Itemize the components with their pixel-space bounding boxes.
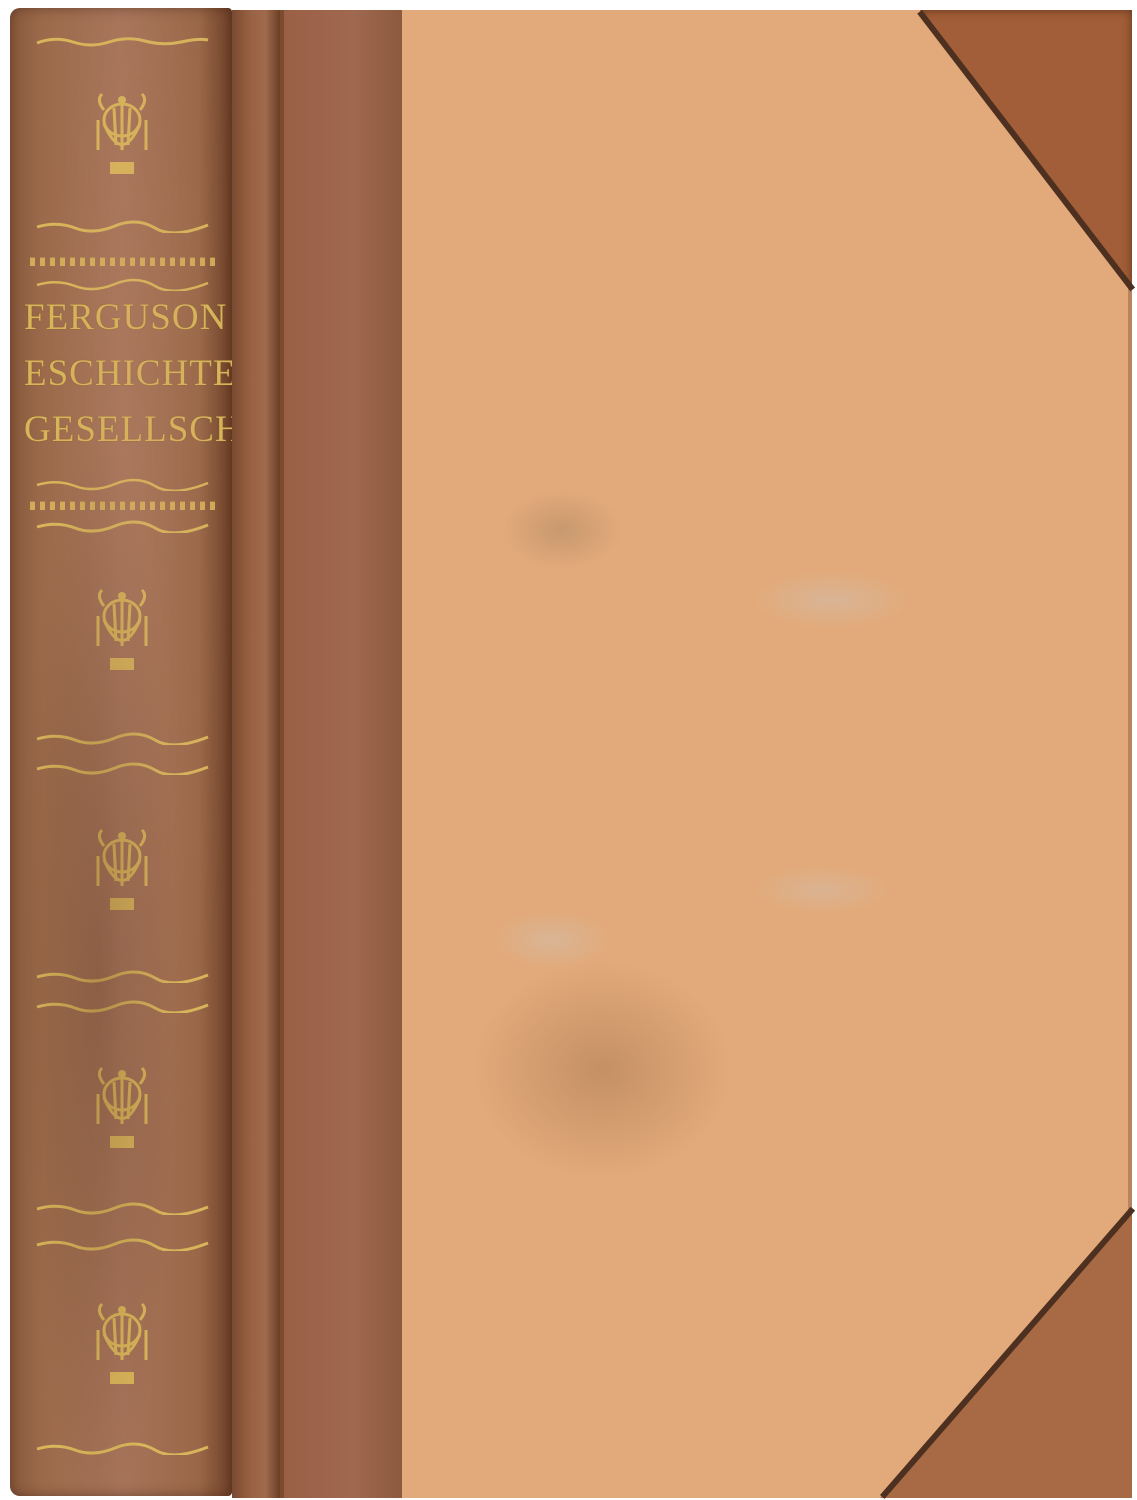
gilt-urn-icon: [88, 586, 156, 678]
gilt-fillet-icon: [35, 1200, 210, 1214]
gilt-urn-icon: [88, 1064, 156, 1156]
gilt-fillet-icon: [35, 968, 210, 982]
spine-title-line-3: GESELLSCH: [24, 402, 240, 458]
gilt-urn-icon: [88, 1300, 156, 1392]
gilt-fillet-icon: [35, 518, 210, 532]
book-joint: [232, 10, 280, 1498]
cover-paper-board: [402, 10, 1132, 1498]
gilt-fillet-icon: [35, 218, 210, 232]
gilt-urn-icon: [88, 826, 156, 918]
gilt-fillet-icon: [35, 276, 210, 290]
spine-title-author: FERGUSON: [24, 290, 240, 346]
book-spine: FERGUSON ESCHICHTE GESELLSCH: [10, 8, 232, 1496]
leather-back-strip: [280, 10, 405, 1498]
gilt-fillet-icon: [35, 998, 210, 1012]
gilt-fillet-icon: [35, 476, 210, 490]
gilt-fillet-icon: [35, 760, 210, 774]
gilt-urn-icon: [88, 90, 156, 182]
spine-title-line-2: ESCHICHTE: [24, 346, 240, 402]
gilt-fillet-icon: [35, 1440, 210, 1454]
gilt-fillet-icon: [35, 1236, 210, 1250]
gilt-fillet-icon: [35, 730, 210, 744]
gilt-dentelle-border: [30, 496, 220, 510]
spine-title-label: FERGUSON ESCHICHTE GESELLSCH: [24, 290, 240, 480]
gilt-fillet-icon: [35, 33, 210, 47]
gilt-dentelle-border: [30, 252, 220, 266]
book-photo: FERGUSON ESCHICHTE GESELLSCH: [0, 0, 1137, 1500]
